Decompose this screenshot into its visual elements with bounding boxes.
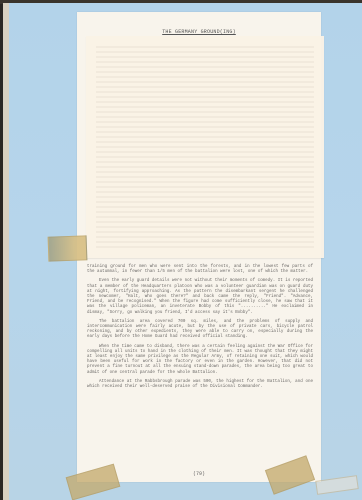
paragraph: training ground for men who were sent in… <box>87 265 313 275</box>
faded-text-lines <box>96 46 314 248</box>
page-body-text: training ground for men who were sent in… <box>87 265 313 394</box>
paragraph: Even the early guard details were not wi… <box>87 279 313 315</box>
page-header-title: THE GERMANY GROUND(ING) <box>77 29 321 35</box>
overlay-translucent-sheet <box>86 36 324 258</box>
paragraph: Attendance at the Rabbsbrough parade was… <box>87 380 313 390</box>
paragraph: When the time came to disband, there was… <box>87 345 313 376</box>
tape-strip-left <box>48 235 88 261</box>
paragraph: The battalion area covered 700 sq. miles… <box>87 320 313 341</box>
